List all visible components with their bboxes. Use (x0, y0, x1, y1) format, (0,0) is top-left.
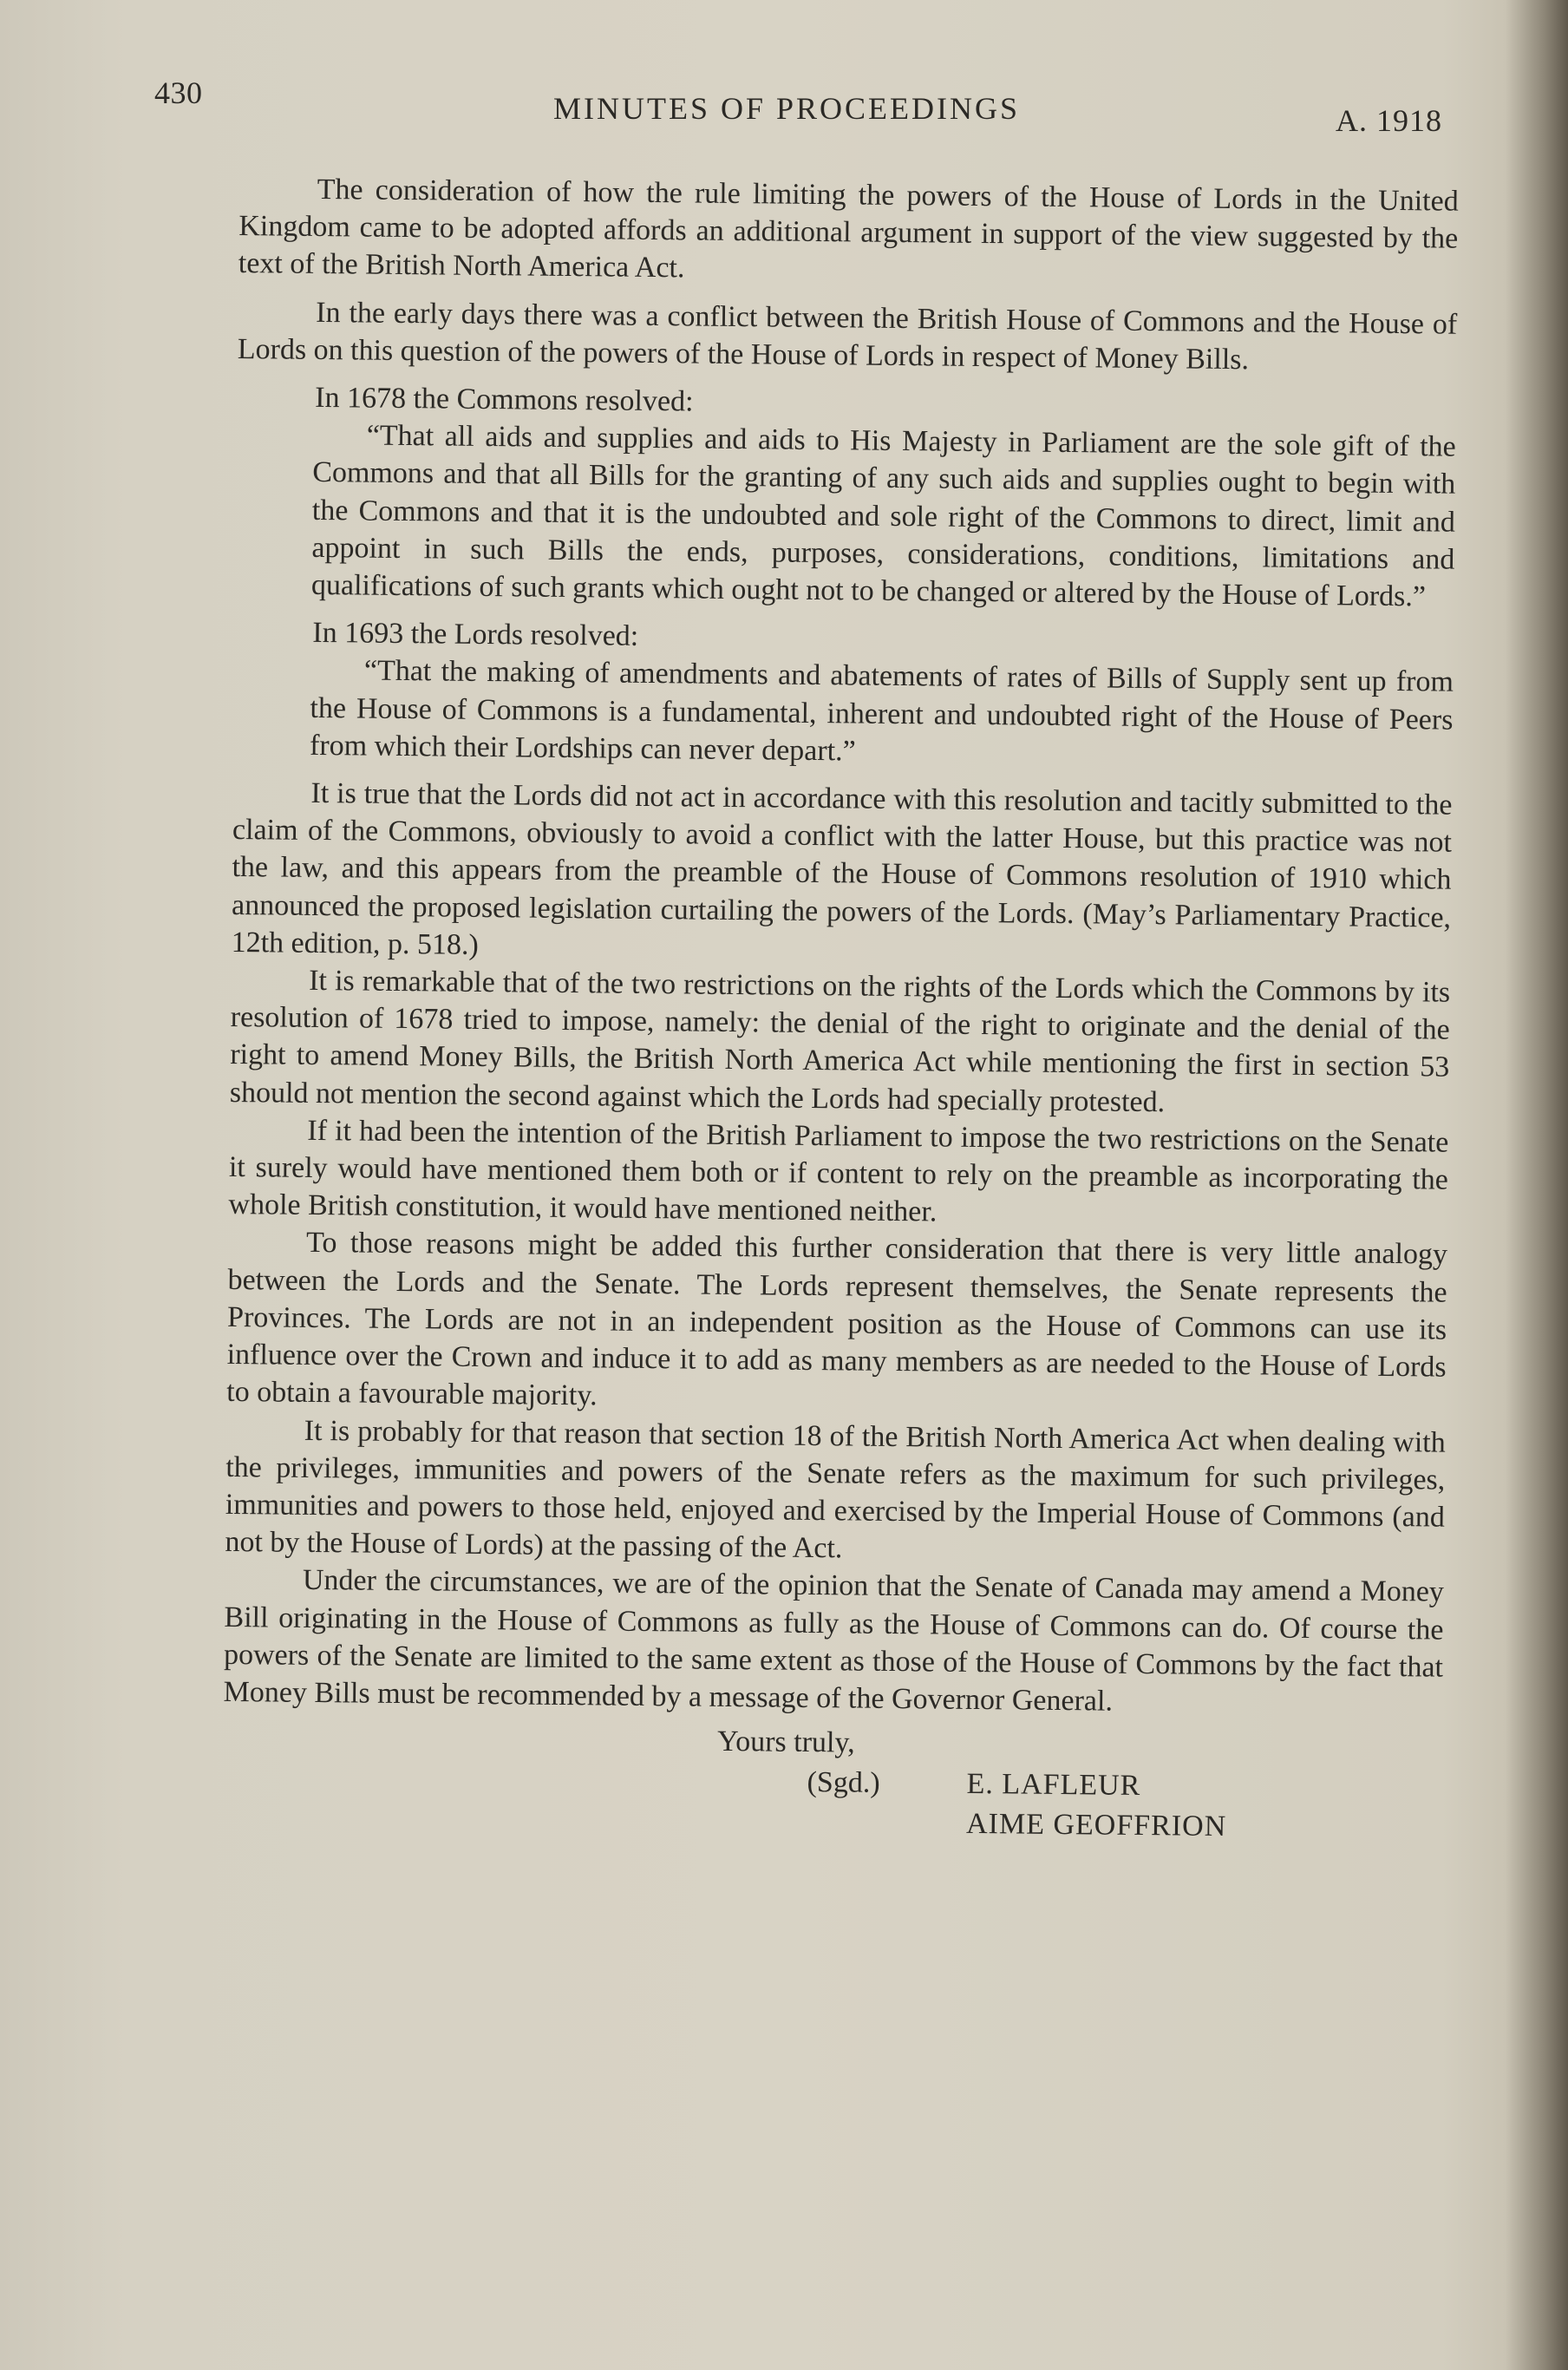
signed-marker: (Sgd.) (807, 1764, 880, 1802)
paragraph: In the early days there was a conflict b… (238, 293, 1458, 381)
running-title: MINUTES OF PROCEEDINGS (553, 90, 1020, 127)
signatory-name: AIME GEOFFRION (966, 1805, 1227, 1845)
document-body: The consideration of how the rule limiti… (221, 170, 1459, 1897)
paragraph: It is probably for that reason that sect… (225, 1411, 1446, 1574)
paragraph: The consideration of how the rule limiti… (238, 170, 1459, 295)
block-quote: “That all aids and supplies and aids to … (311, 416, 1456, 616)
paragraph: Under the circumstances, we are of the o… (223, 1561, 1444, 1724)
block-quote: “That the making of amendments and abate… (310, 651, 1454, 776)
closing-salutation: Yours truly, (717, 1723, 855, 1762)
signatory-name: E. LAFLEUR (966, 1765, 1140, 1804)
paragraph: It is true that the Lords did not act in… (231, 774, 1452, 974)
page-number: 430 (154, 75, 203, 111)
year-label: A. 1918 (1336, 102, 1442, 139)
paragraph: To those reasons might be added this fur… (226, 1223, 1447, 1424)
paragraph: If it had been the intention of the Brit… (228, 1111, 1448, 1236)
paragraph: It is remarkable that of the two restric… (230, 961, 1451, 1124)
signature-block: Yours truly, (Sgd.) E. LAFLEUR AIME GEOF… (221, 1711, 1442, 1897)
